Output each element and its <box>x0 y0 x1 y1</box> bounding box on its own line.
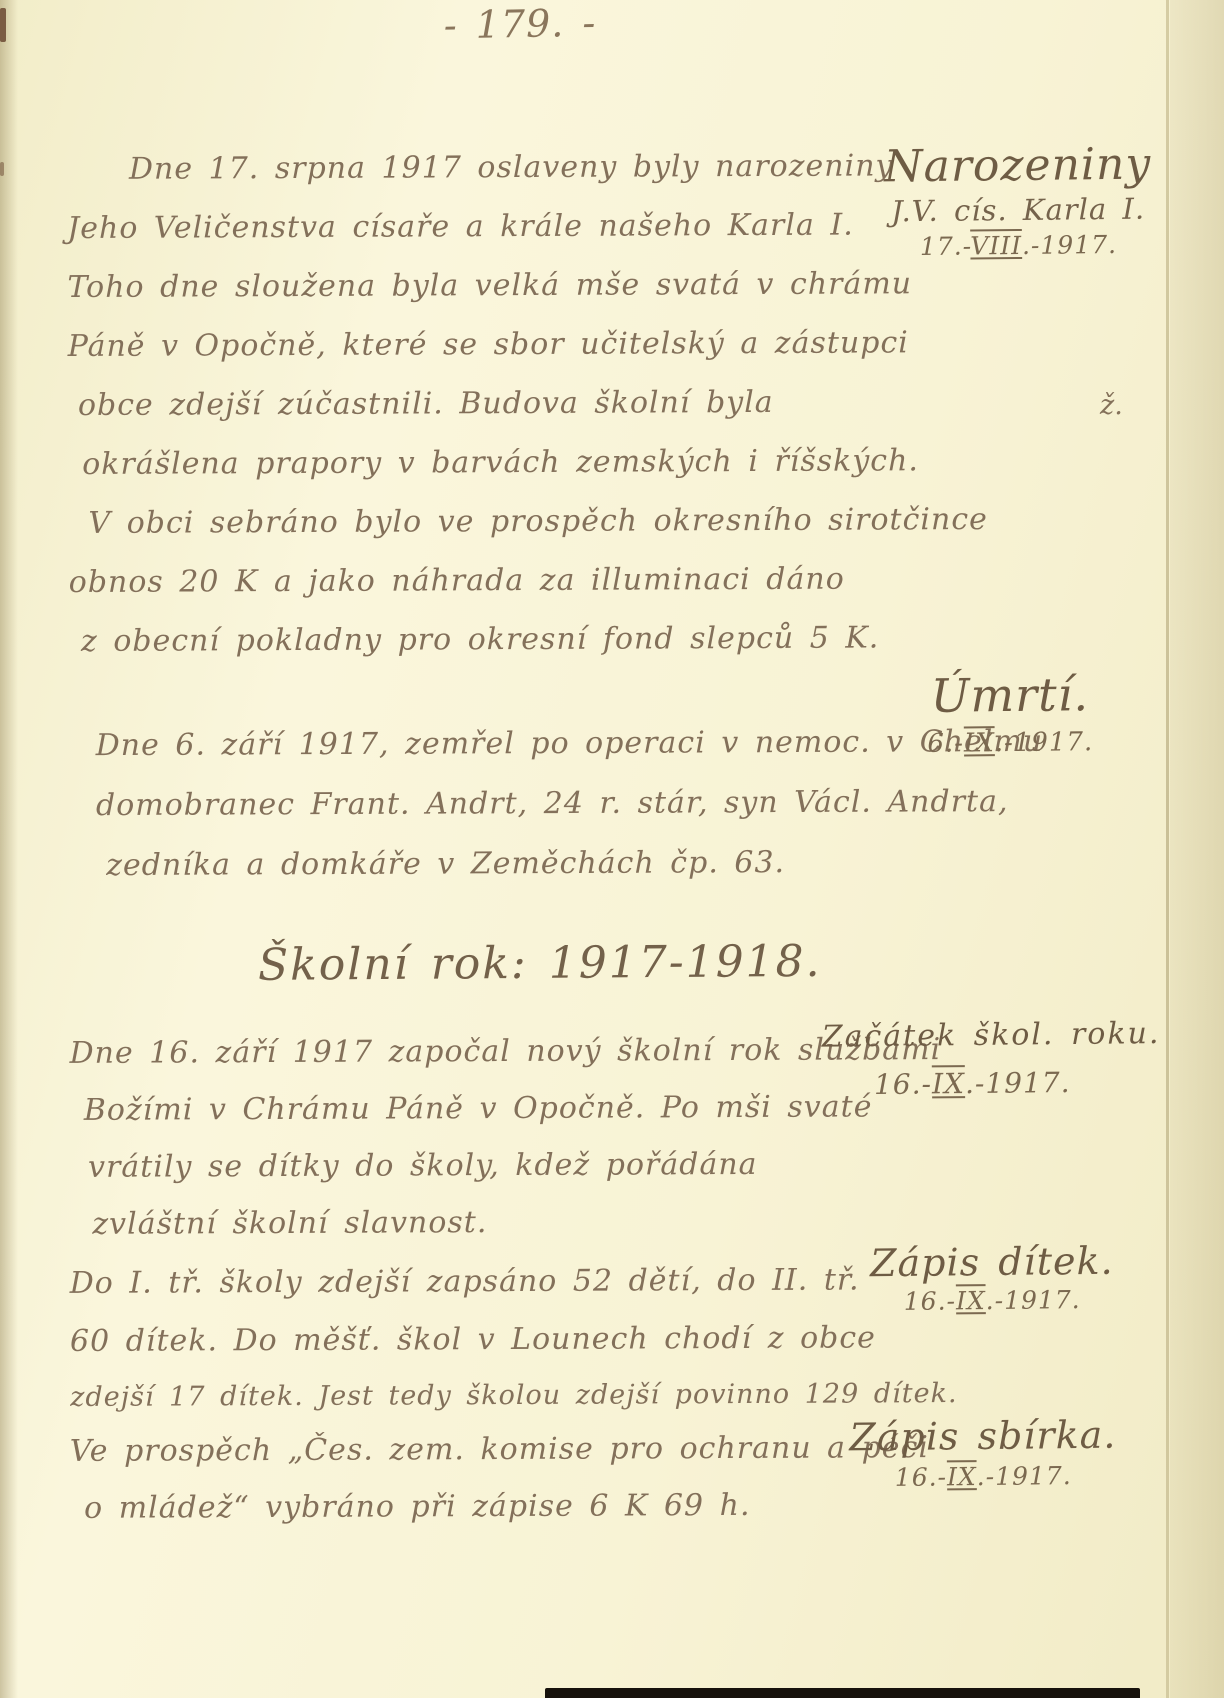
body-line: 60 dítek. Do měšť. škol v Lounech chodí … <box>70 1320 958 1382</box>
margin-note-death: Úmrtí. 6.-IX.-1917. <box>890 667 1131 760</box>
scan-bottom-band <box>545 1688 1140 1698</box>
date-roman-month: IX <box>956 1286 986 1315</box>
body-line: V obci sebráno bylo ve prospěch okresníh… <box>68 502 988 565</box>
body-line: Božími v Chrámu Páně v Opočně. Po mši sv… <box>70 1089 942 1150</box>
date-year: .-1917. <box>977 1461 1072 1491</box>
margin-note-school-year-start: Začátek škol. roku. 16.-IX.-1917. <box>822 1016 1123 1101</box>
edge-text-artifact: ž. <box>1100 390 1123 421</box>
date-roman-month: VIII <box>970 231 1022 261</box>
body-line: Páně v Opočně, které se sbor učitelský a… <box>68 325 988 388</box>
binding-edge <box>0 0 18 1698</box>
body-line: obce zdejší zúčastnili. Budova školní by… <box>68 384 988 447</box>
date-roman-month: IX <box>947 1462 977 1491</box>
margin-note-birthday: Narozeniny J.V. cís. Karla I. 17.-VIII.-… <box>857 138 1178 261</box>
body-line: Dne 16. září 1917 započal nový školní ro… <box>70 1032 942 1093</box>
date-year: .-1917. <box>965 1066 1071 1100</box>
body-line: domobranec Frant. Andrt, 24 r. stár, syn… <box>96 784 1044 848</box>
margin-note-date: 17.-VIII.-1917. <box>858 229 1178 261</box>
margin-note-collection: Zápis sbírka. 16.-IX.-1917. <box>848 1413 1119 1493</box>
body-line: Ve prospěch „Čes. zem. komise pro ochran… <box>70 1430 929 1491</box>
date-day: 17.- <box>920 232 971 262</box>
page-number: - 179. - <box>340 0 701 49</box>
margin-note-date: 16.-IX.-1917. <box>848 1461 1118 1493</box>
date-year: .-1917. <box>1022 230 1117 260</box>
body-line: Jeho Veličenstva císaře a krále našeho K… <box>67 207 987 270</box>
margin-note-enrollment: Zápis dítek. 16.-IX.-1917. <box>862 1239 1123 1317</box>
body-line: o mládež“ vybráno při zápise 6 K 69 h. <box>70 1487 929 1548</box>
body-line: z obecní pokladny pro okresní fond slepc… <box>69 620 989 683</box>
binding-speck <box>0 162 4 176</box>
date-year: .-1917. <box>995 727 1094 758</box>
date-day: 16.- <box>895 1462 948 1492</box>
paragraph-collection: Ve prospěch „Čes. zem. komise pro ochran… <box>70 1430 930 1548</box>
section-heading: Školní rok: 1917-1918. <box>258 936 778 991</box>
date-year: .-1917. <box>986 1285 1081 1315</box>
date-roman-month: IX <box>932 1067 965 1100</box>
date-day: 16.- <box>874 1067 932 1101</box>
margin-note-subtitle: J.V. cís. Karla I. <box>858 191 1178 228</box>
body-line: okrášlena prapory v barvách zemských i ř… <box>68 443 988 506</box>
date-day: 6.- <box>927 728 964 758</box>
margin-note-title: Narozeniny <box>857 138 1178 192</box>
body-line: vrátily se dítky do školy, kdež pořádána <box>70 1146 942 1207</box>
body-line: Do I. tř. školy zdejší zapsáno 52 dětí, … <box>70 1262 958 1324</box>
margin-note-title: Úmrtí. <box>890 667 1131 724</box>
margin-note-title: Zápis sbírka. <box>848 1413 1118 1460</box>
date-day: 16.- <box>904 1286 957 1316</box>
binding-speck <box>0 8 6 42</box>
date-roman-month: IX <box>964 728 995 758</box>
body-line: zedníka a domkáře v Zeměchách čp. 63. <box>96 844 1044 908</box>
margin-note-title: Začátek škol. roku. <box>822 1016 1122 1054</box>
margin-note-date: 16.-IX.-1917. <box>862 1285 1122 1317</box>
paragraph-school-year-start: Dne 16. září 1917 započal nový školní ro… <box>70 1032 943 1264</box>
margin-note-date: 16.-IX.-1917. <box>822 1065 1122 1101</box>
margin-note-title: Zápis dítek. <box>862 1239 1122 1286</box>
body-line: Dne 17. srpna 1917 oslaveny byly narozen… <box>67 148 987 211</box>
body-line: obnos 20 K a jako náhrada za illuminaci … <box>69 561 989 624</box>
body-line: Toho dne sloužena byla velká mše svatá v… <box>67 266 987 329</box>
paragraph-enrollment: Do I. tř. školy zdejší zapsáno 52 dětí, … <box>70 1262 958 1440</box>
paragraph-birthday: Dne 17. srpna 1917 oslaveny byly narozen… <box>67 148 989 683</box>
body-line: zvláštní školní slavnost. <box>70 1203 942 1264</box>
margin-note-date: 6.-IX.-1917. <box>890 727 1130 760</box>
